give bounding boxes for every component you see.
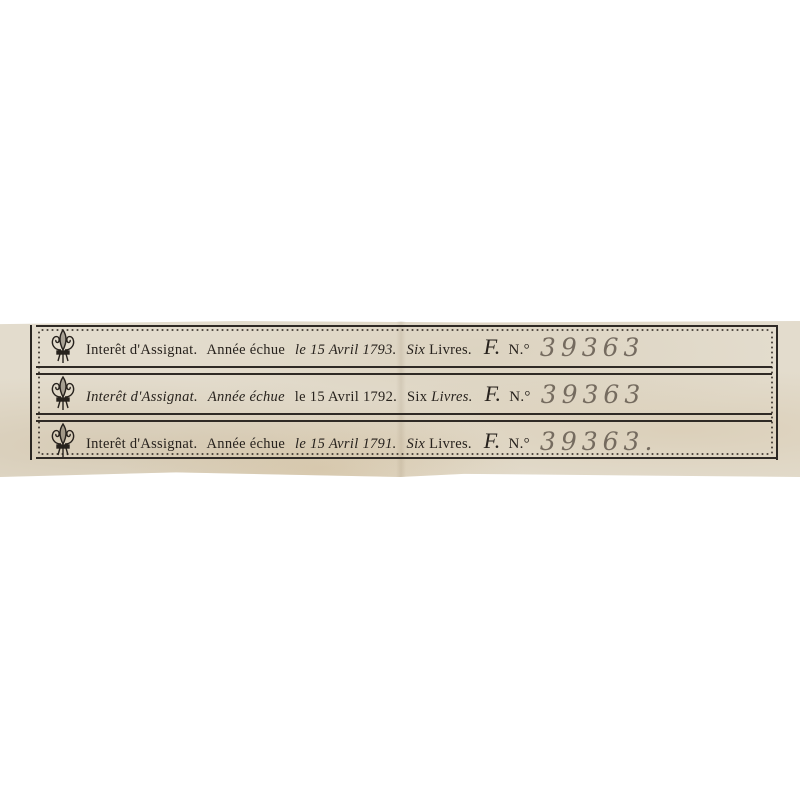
coupon-label: Interêt d'Assignat. xyxy=(86,389,198,405)
coupon-series: F. xyxy=(484,334,501,359)
coupon-number-label: N.° xyxy=(509,389,530,405)
coupon-row-1793: Interêt d'Assignat. Année échue le 15 Av… xyxy=(50,327,770,367)
coupon-amount-number: Six xyxy=(407,389,427,405)
coupon-handwritten-number: 39363 xyxy=(541,380,646,409)
fleur-de-lis-icon xyxy=(50,328,76,366)
fleur-de-lis-icon xyxy=(50,375,76,413)
coupon-phrase: Année échue xyxy=(207,436,286,452)
coupon-amount-number: Six xyxy=(407,436,426,452)
coupon-text: Interêt d'Assignat. Année échue le 15 Av… xyxy=(86,381,531,407)
coupon-row-1792: Interêt d'Assignat. Année échue le 15 Av… xyxy=(50,374,770,414)
coupon-amount-unit: Livres. xyxy=(431,389,472,405)
coupon-phrase: Année échue xyxy=(208,389,285,405)
coupon-phrase: Année échue xyxy=(207,342,286,358)
coupon-date: 15 Avril 1791. xyxy=(310,436,397,452)
coupon-series: F. xyxy=(484,428,501,453)
coupon-handwritten-number: 39363. xyxy=(540,427,657,456)
coupon-amount-number: Six xyxy=(407,342,426,358)
coupon-le: le xyxy=(295,436,306,452)
fleur-de-lis-icon xyxy=(50,422,76,460)
coupon-le: le xyxy=(295,389,306,405)
ornamental-border-right xyxy=(770,330,774,456)
coupon-le: le xyxy=(295,342,306,358)
ornamental-border-left xyxy=(37,330,41,456)
coupon-label: Interêt d'Assignat. xyxy=(86,342,197,358)
coupon-handwritten-number: 39363 xyxy=(540,333,645,362)
coupon-label: Interêt d'Assignat. xyxy=(86,436,197,452)
coupon-amount-unit: Livres. xyxy=(429,436,472,452)
coupon-number-label: N.° xyxy=(508,436,529,452)
coupon-number-label: N.° xyxy=(508,342,529,358)
coupon-date: 15 Avril 1792. xyxy=(310,389,397,405)
coupon-date: 15 Avril 1793. xyxy=(310,342,397,358)
coupon-series: F. xyxy=(485,381,502,406)
coupon-row-1791: Interêt d'Assignat. Année échue le 15 Av… xyxy=(50,421,770,461)
coupon-amount-unit: Livres. xyxy=(429,342,472,358)
coupon-text: Interêt d'Assignat. Année échue le 15 Av… xyxy=(86,428,530,454)
coupon-text: Interêt d'Assignat. Année échue le 15 Av… xyxy=(86,334,530,360)
